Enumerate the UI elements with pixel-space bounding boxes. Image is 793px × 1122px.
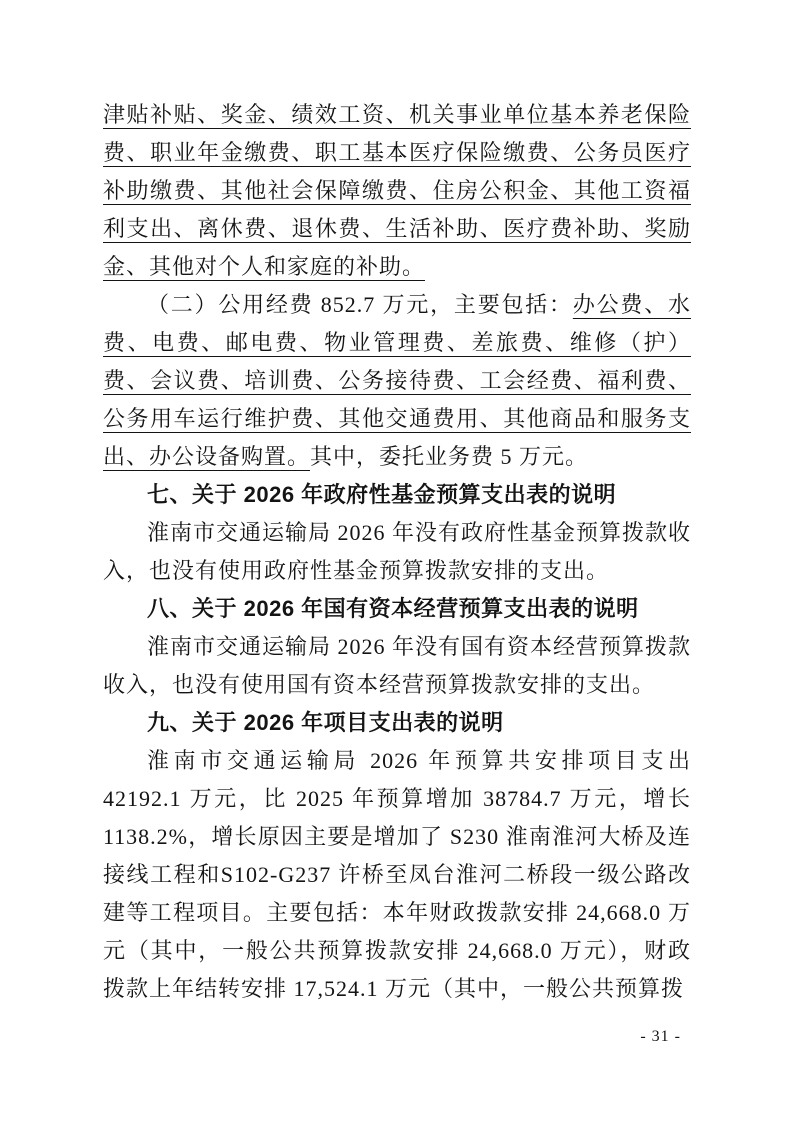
underlined-text-run: 津贴补贴、奖金、绩效工资、机关事业单位基本养老保险费、职业年金缴费、职工基本医疗… [103,102,691,279]
text-run: 九、关于 2026 年项目支出表的说明 [147,710,504,735]
document-body: 津贴补贴、奖金、绩效工资、机关事业单位基本养老保险费、职业年金缴费、职工基本医疗… [103,96,691,1008]
paragraph: 津贴补贴、奖金、绩效工资、机关事业单位基本养老保险费、职业年金缴费、职工基本医疗… [103,96,691,286]
text-run: （二）公用经费 852.7 万元，主要包括： [147,292,573,317]
document-page: 津贴补贴、奖金、绩效工资、机关事业单位基本养老保险费、职业年金缴费、职工基本医疗… [0,0,793,1122]
page-number: - 31 - [640,1028,681,1046]
paragraph: 淮南市交通运输局 2026 年没有国有资本经营预算拨款收入，也没有使用国有资本经… [103,628,691,704]
text-run: 八、关于 2026 年国有资本经营预算支出表的说明 [147,596,639,621]
underlined-text-run: 办公费、水费、电费、邮电费、物业管理费、差旅费、维修（护）费、会议费、培训费、公… [103,292,691,469]
text-run: 七、关于 2026 年政府性基金预算支出表的说明 [147,482,616,507]
text-run: 淮南市交通运输局 2026 年没有国有资本经营预算拨款收入，也没有使用国有资本经… [103,634,691,697]
text-run: 淮南市交通运输局 2026 年预算共安排项目支出 42192.1 万元，比 20… [103,748,691,1001]
paragraph: 淮南市交通运输局 2026 年预算共安排项目支出 42192.1 万元，比 20… [103,742,691,1008]
paragraph: 淮南市交通运输局 2026 年没有政府性基金预算拨款收入，也没有使用政府性基金预… [103,514,691,590]
section-heading: 九、关于 2026 年项目支出表的说明 [103,704,691,742]
section-heading: 八、关于 2026 年国有资本经营预算支出表的说明 [103,590,691,628]
text-run: 其中，委托业务费 5 万元。 [310,444,588,469]
paragraph: （二）公用经费 852.7 万元，主要包括：办公费、水费、电费、邮电费、物业管理… [103,286,691,476]
section-heading: 七、关于 2026 年政府性基金预算支出表的说明 [103,476,691,514]
text-run: 淮南市交通运输局 2026 年没有政府性基金预算拨款收入，也没有使用政府性基金预… [103,520,691,583]
